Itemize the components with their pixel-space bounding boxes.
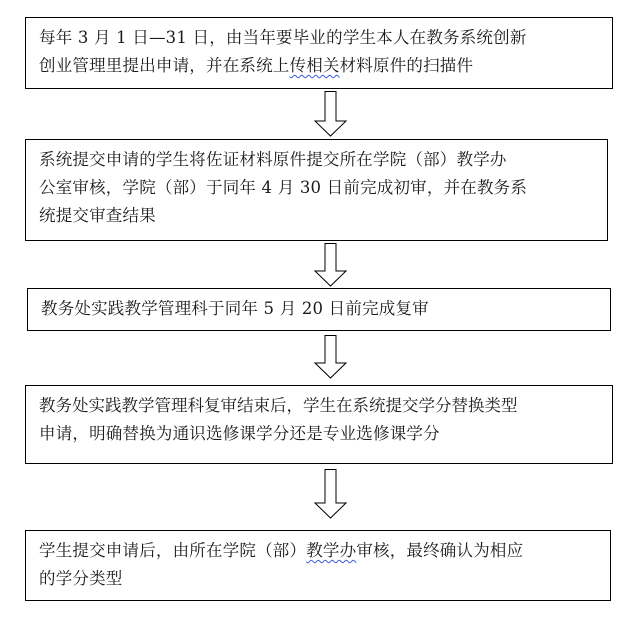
step-1-line-2-text: 创业管理里提出申请，并在系统上 [39, 56, 290, 75]
step-4-line-1: 教务处实践教学管理科复审结束后，学生在系统提交学分替换类型 [39, 392, 600, 420]
flow-step-4: 教务处实践教学管理科复审结束后，学生在系统提交学分替换类型 申请，明确替换为通识… [25, 385, 613, 464]
step-4-line-2: 申请，明确替换为通识选修课学分还是专业选修课学分 [39, 420, 600, 448]
step-5-line-2: 的学分类型 [39, 565, 598, 593]
down-arrow-icon [314, 335, 348, 379]
step-1-line-2-tail: 材料原件的扫描件 [340, 56, 474, 75]
down-arrow-icon [314, 469, 348, 519]
step-2-line-2: 公室审核，学院（部）于同年 4 月 30 日前完成初审，并在教务系 [39, 174, 595, 202]
step-1-line-2: 创业管理里提出申请，并在系统上传相关材料原件的扫描件 [39, 52, 600, 80]
step-3-line-1: 教务处实践教学管理科于同年 5 月 20 日前完成复审 [41, 295, 598, 323]
flow-step-2: 系统提交申请的学生将佐证材料原件提交所在学院（部）教学办 公室审核，学院（部）于… [25, 139, 608, 241]
step-2-line-3: 统提交审查结果 [39, 202, 595, 230]
flow-step-3: 教务处实践教学管理科于同年 5 月 20 日前完成复审 [27, 288, 611, 331]
step-2-line-1: 系统提交申请的学生将佐证材料原件提交所在学院（部）教学办 [39, 146, 595, 174]
flow-step-1: 每年 3 月 1 日—31 日，由当年要毕业的学生本人在教务系统创新 创业管理里… [25, 17, 613, 89]
step-5-line-1-text: 学生提交申请后，由所在学院（部） [39, 541, 306, 560]
step-5-line-1-tail: 审核，最终确认为相应 [356, 541, 523, 560]
down-arrow-icon [314, 91, 348, 137]
flow-step-5: 学生提交申请后，由所在学院（部）教学办审核，最终确认为相应 的学分类型 [25, 530, 611, 601]
step-1-line-1: 每年 3 月 1 日—31 日，由当年要毕业的学生本人在教务系统创新 [39, 24, 600, 52]
spellcheck-underlined-text: 传相关 [290, 56, 340, 75]
step-5-line-1: 学生提交申请后，由所在学院（部）教学办审核，最终确认为相应 [39, 537, 598, 565]
spellcheck-underlined-text: 教学办 [306, 541, 356, 560]
down-arrow-icon [314, 243, 348, 287]
